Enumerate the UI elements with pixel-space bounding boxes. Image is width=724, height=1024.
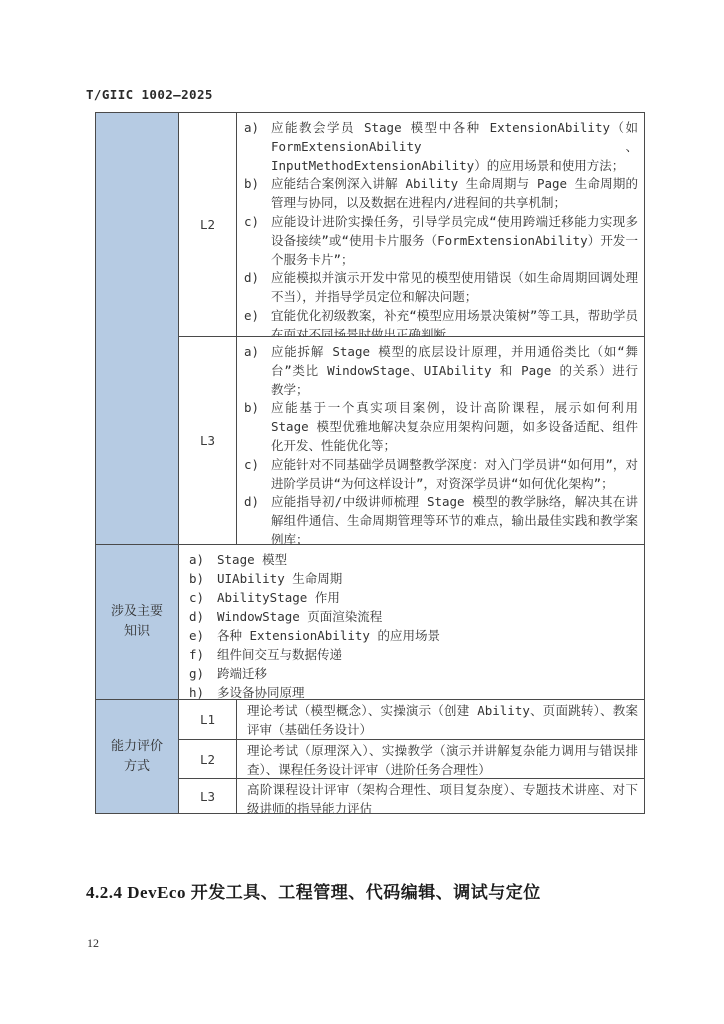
table-cell-eval-l1-text: 理论考试（模型概念）、实操演示（创建 Ability、页面跳转）、教案评审（基础… bbox=[237, 700, 644, 740]
list-item-marker: a) bbox=[244, 119, 271, 175]
list-item-text: AbilityStage 作用 bbox=[217, 588, 638, 607]
list-item: e) 宜能优化初级教案，补充“模型应用场景决策树”等工具，帮助学员在面对不同场景… bbox=[244, 307, 638, 337]
list-item: c) 应能设计进阶实操任务，引导学员完成“使用跨端迁移能力实现多设备接续”或“使… bbox=[244, 213, 638, 269]
list-item: a) 应能教会学员 Stage 模型中各种 ExtensionAbility（如… bbox=[244, 119, 638, 175]
list-item: e) 各种 ExtensionAbility 的应用场景 bbox=[189, 626, 638, 645]
knowledge-list: a) Stage 模型 b) UIAbility 生命周期 c) Ability… bbox=[189, 550, 638, 700]
table-cell-eval-level-l1: L1 bbox=[179, 700, 237, 740]
table-cell-knowledge-header: 涉及主要知识 bbox=[96, 545, 179, 700]
eval-l2-text: 理论考试（原理深入）、实操教学（演示并讲解复杂能力调用与错误排查）、课程任务设计… bbox=[247, 742, 638, 779]
list-item-text: 应能拆解 Stage 模型的底层设计原理，并用通俗类比（如“舞台”类比 Wind… bbox=[271, 343, 638, 399]
list-item-marker: c) bbox=[244, 456, 271, 494]
list-item-marker: h) bbox=[189, 683, 217, 700]
list-item-text: 应能结合案例深入讲解 Ability 生命周期与 Page 生命周期的管理与协同… bbox=[271, 175, 638, 213]
list-item-marker: a) bbox=[244, 343, 271, 399]
competency-table: L2 a) 应能教会学员 Stage 模型中各种 ExtensionAbilit… bbox=[95, 112, 645, 814]
list-item-text: 组件间交互与数据传递 bbox=[217, 645, 638, 664]
table-cell-evaluation-header: 能力评价方式 bbox=[96, 700, 179, 813]
table-cell-level-l2: L2 bbox=[179, 113, 237, 337]
list-item-text: 宜能优化初级教案，补充“模型应用场景决策树”等工具，帮助学员在面对不同场景时做出… bbox=[271, 307, 638, 337]
list-item-marker: d) bbox=[244, 269, 271, 307]
list-item-marker: e) bbox=[244, 307, 271, 337]
page-number: 12 bbox=[87, 936, 99, 951]
list-item-marker: b) bbox=[189, 569, 217, 588]
list-item: f) 组件间交互与数据传递 bbox=[189, 645, 638, 664]
list-item: a) 应能拆解 Stage 模型的底层设计原理，并用通俗类比（如“舞台”类比 W… bbox=[244, 343, 638, 399]
list-item-text: WindowStage 页面渲染流程 bbox=[217, 607, 638, 626]
list-item-marker: b) bbox=[244, 175, 271, 213]
list-item-text: 应能设计进阶实操任务，引导学员完成“使用跨端迁移能力实现多设备接续”或“使用卡片… bbox=[271, 213, 638, 269]
list-item: d) 应能指导初/中级讲师梳理 Stage 模型的教学脉络，解决其在讲解组件通信… bbox=[244, 493, 638, 545]
list-item: c) AbilityStage 作用 bbox=[189, 588, 638, 607]
list-item: h) 多设备协同原理 bbox=[189, 683, 638, 700]
list-item-marker: a) bbox=[189, 550, 217, 569]
list-item-text: UIAbility 生命周期 bbox=[217, 569, 638, 588]
table-cell-eval-level-l2: L2 bbox=[179, 740, 237, 779]
list-item-text: 应能教会学员 Stage 模型中各种 ExtensionAbility（如 Fo… bbox=[271, 119, 638, 175]
list-item-marker: d) bbox=[189, 607, 217, 626]
l3-requirements-list: a) 应能拆解 Stage 模型的底层设计原理，并用通俗类比（如“舞台”类比 W… bbox=[244, 343, 638, 545]
table-cell-level-l3: L3 bbox=[179, 337, 237, 545]
list-item: b) 应能基于一个真实项目案例，设计高阶课程，展示如何利用 Stage 模型优雅… bbox=[244, 399, 638, 455]
list-item-text: 应能指导初/中级讲师梳理 Stage 模型的教学脉络，解决其在讲解组件通信、生命… bbox=[271, 493, 638, 545]
list-item-text: Stage 模型 bbox=[217, 550, 638, 569]
list-item: d) 应能模拟并演示开发中常见的模型使用错误（如生命周期回调处理不当），并指导学… bbox=[244, 269, 638, 307]
table-cell-l2-requirements: a) 应能教会学员 Stage 模型中各种 ExtensionAbility（如… bbox=[237, 113, 644, 337]
list-item-marker: d) bbox=[244, 493, 271, 545]
list-item-text: 应能模拟并演示开发中常见的模型使用错误（如生命周期回调处理不当），并指导学员定位… bbox=[271, 269, 638, 307]
list-item-marker: g) bbox=[189, 664, 217, 683]
table-cell-eval-l3-text: 高阶课程设计评审（架构合理性、项目复杂度）、专题技术讲座、对下级讲师的指导能力评… bbox=[237, 779, 644, 813]
table-cell-l3-requirements: a) 应能拆解 Stage 模型的底层设计原理，并用通俗类比（如“舞台”类比 W… bbox=[237, 337, 644, 545]
table-cell-empty-header bbox=[96, 113, 179, 545]
list-item: b) UIAbility 生命周期 bbox=[189, 569, 638, 588]
table-cell-knowledge-items: a) Stage 模型 b) UIAbility 生命周期 c) Ability… bbox=[179, 545, 644, 700]
list-item: d) WindowStage 页面渲染流程 bbox=[189, 607, 638, 626]
list-item-marker: c) bbox=[189, 588, 217, 607]
eval-l3-text: 高阶课程设计评审（架构合理性、项目复杂度）、专题技术讲座、对下级讲师的指导能力评… bbox=[247, 781, 638, 813]
document-page: { "doc": { "code": "T/GIIC 1002—2025", "… bbox=[0, 0, 724, 1024]
list-item-marker: e) bbox=[189, 626, 217, 645]
list-item-marker: c) bbox=[244, 213, 271, 269]
doc-code-header: T/GIIC 1002—2025 bbox=[86, 87, 213, 102]
list-item: g) 跨端迁移 bbox=[189, 664, 638, 683]
list-item: c) 应能针对不同基础学员调整教学深度：对入门学员讲“如何用”，对进阶学员讲“为… bbox=[244, 456, 638, 494]
list-item-text: 应能针对不同基础学员调整教学深度：对入门学员讲“如何用”，对进阶学员讲“为何这样… bbox=[271, 456, 638, 494]
list-item-text: 应能基于一个真实项目案例，设计高阶课程，展示如何利用 Stage 模型优雅地解决… bbox=[271, 399, 638, 455]
l2-requirements-list: a) 应能教会学员 Stage 模型中各种 ExtensionAbility（如… bbox=[244, 119, 638, 337]
list-item-marker: f) bbox=[189, 645, 217, 664]
section-heading: 4.2.4 DevEco 开发工具、工程管理、代码编辑、调试与定位 bbox=[86, 878, 646, 903]
table-cell-eval-l2-text: 理论考试（原理深入）、实操教学（演示并讲解复杂能力调用与错误排查）、课程任务设计… bbox=[237, 740, 644, 779]
eval-l1-text: 理论考试（模型概念）、实操演示（创建 Ability、页面跳转）、教案评审（基础… bbox=[247, 702, 638, 739]
list-item-marker: b) bbox=[244, 399, 271, 455]
list-item: b) 应能结合案例深入讲解 Ability 生命周期与 Page 生命周期的管理… bbox=[244, 175, 638, 213]
list-item: a) Stage 模型 bbox=[189, 550, 638, 569]
list-item-text: 各种 ExtensionAbility 的应用场景 bbox=[217, 626, 638, 645]
table-cell-eval-level-l3: L3 bbox=[179, 779, 237, 813]
list-item-text: 多设备协同原理 bbox=[217, 683, 638, 700]
list-item-text: 跨端迁移 bbox=[217, 664, 638, 683]
